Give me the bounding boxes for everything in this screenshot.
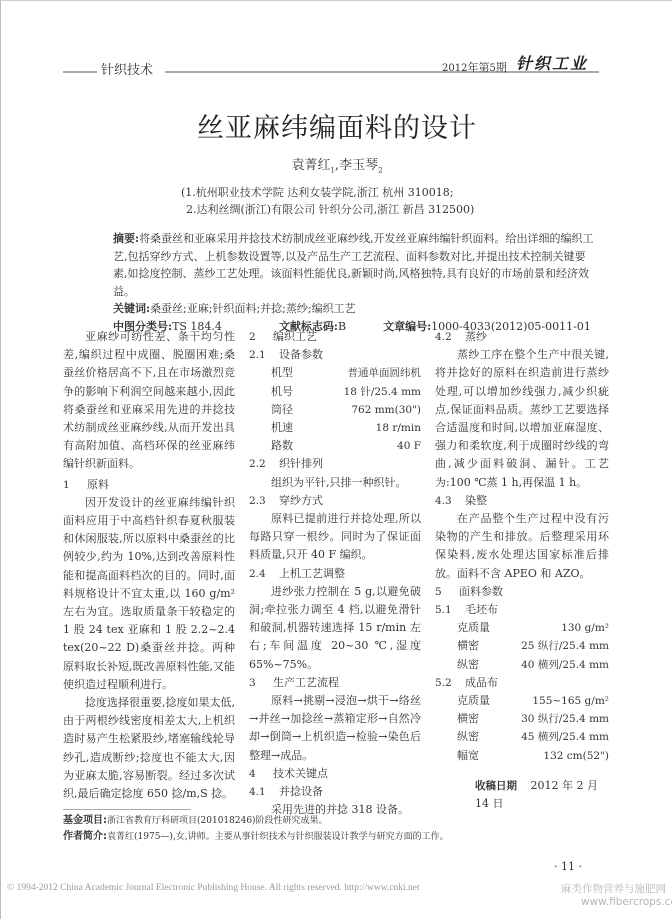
- param-row: 克质量155~165 g/m²: [435, 692, 609, 710]
- subsection-heading: 2.2织针排列: [249, 455, 421, 473]
- column-2: 2编织工艺 2.1设备参数 机型普通单面圆纬机 机号18 针/25.4 mm 筒…: [249, 328, 421, 819]
- abstract: 摘要:将桑蚕丝和亚麻采用并捻技术纺制成丝亚麻纱线,开发丝亚麻纬编针织面料。给出详…: [89, 230, 599, 300]
- author-name: 李玉琴: [339, 158, 378, 173]
- affiliation-2: 2.达利丝绸(浙江)有限公司 针织分公司,浙江 新昌 312500): [186, 201, 474, 218]
- issue-info: 2012年第5期: [442, 59, 507, 75]
- process-flow: 原料→挑剔→浸泡→烘干→络丝→并丝→加捻丝→蒸箱定形→自然冷却→倒筒→上机织造→…: [249, 692, 421, 765]
- subsection-heading: 4.1并捻设备: [249, 783, 421, 801]
- paragraph: 捻度选择很重要,捻度如果太低,由于两根纱线密度相差太大,上机织造时易产生松紧股纱…: [63, 694, 235, 803]
- paragraph: 组织为平针,只排一种织针。: [249, 474, 421, 492]
- column-3: 4.2蒸纱 蒸纱工序在整个生产中很关键,将并捻好的原料在织造前进行蒸纱处理,可以…: [435, 328, 609, 813]
- subsection-heading: 2.3穿纱方式: [249, 492, 421, 510]
- param-row: 横密25 纵行/25.4 mm: [435, 637, 609, 655]
- paragraph: 蒸纱工序在整个生产中很关键,将并捻好的原料在织造前进行蒸纱处理,可以增加纱线强力…: [435, 346, 609, 492]
- footnote-author: 作者简介:袁菁红(1975—),女,讲师。主要从事针织技术与针织服装设计教学与研…: [63, 829, 449, 845]
- param-row: 机速18 r/min: [249, 419, 421, 437]
- paragraph: 因开发设计的丝亚麻纬编针织面料应用于中高档针织春夏秋服装和休闲服装,所以原料中桑…: [63, 494, 235, 694]
- section-heading: 3生产工艺流程: [249, 674, 421, 692]
- section-heading: 4技术关键点: [249, 765, 421, 783]
- footnote-rule: [63, 809, 191, 810]
- param-row: 克质量130 g/m²: [435, 619, 609, 637]
- param-row: 路数40 F: [249, 437, 421, 455]
- abstract-block: 摘要:将桑蚕丝和亚麻采用并捻技术纺制成丝亚麻纱线,开发丝亚麻纬编针织面料。给出详…: [89, 230, 599, 335]
- paragraph: 进纱张力控制在 5 g,以避免破洞;牵拉张力调至 4 档,以避免滑针和破洞,机器…: [249, 583, 421, 674]
- param-row: 横密30 纵行/25.4 mm: [435, 710, 609, 728]
- param-row: 机型普通单面圆纬机: [249, 364, 421, 382]
- author-name: 袁菁红: [291, 158, 330, 173]
- paper-title: 丝亚麻纬编面料的设计: [1, 106, 672, 145]
- column-1: 亚麻纱可纺性差、条干均匀性差,编织过程中成圈、脱圈困难;桑蚕丝价格居高不下,且在…: [63, 328, 235, 803]
- header-rule-left: [63, 71, 97, 73]
- authors: 袁菁红1,李玉琴2: [1, 154, 672, 175]
- subsection-heading: 4.2蒸纱: [435, 328, 609, 346]
- subsection-heading: 5.2成品布: [435, 674, 609, 692]
- param-row: 纵密45 横列/25.4 mm: [435, 728, 609, 746]
- copyright-notice: © 1994-2012 China Academic Journal Elect…: [7, 883, 420, 893]
- subsection-heading: 5.1毛坯布: [435, 601, 609, 619]
- param-row: 机号18 针/25.4 mm: [249, 383, 421, 401]
- subsection-heading: 4.3染整: [435, 492, 609, 510]
- section-heading: 5面料参数: [435, 583, 609, 601]
- watermark-text: 麻类作物营养与施肥网: [561, 881, 666, 896]
- page-number: · 11 ·: [554, 860, 582, 873]
- subsection-heading: 2.4上机工艺调整: [249, 565, 421, 583]
- param-row: 幅宽132 cm(52"): [435, 747, 609, 765]
- journal-logo: 针织工业: [516, 51, 588, 74]
- section-label: 针织技术: [101, 59, 153, 78]
- param-row: 筒径762 mm(30"): [249, 401, 421, 419]
- affiliation-1: (1.杭州职业技术学院 达利女装学院,浙江 杭州 310018;: [181, 184, 453, 201]
- watermark-url: www.fibercrops.com: [581, 896, 672, 908]
- paragraph: 原料已提前进行并捻处理,所以每路只穿一根纱。同时为了保证面料质量,只开 40 F…: [249, 510, 421, 565]
- subsection-heading: 2.1设备参数: [249, 346, 421, 364]
- footnote-fund: 基金项目:浙江省教育厅科研项目(201018246)阶段性研究成果。: [63, 813, 328, 829]
- keywords: 关键词:桑蚕丝;亚麻;针织面料;并捻;蒸纱;编织工艺: [89, 300, 599, 318]
- section-heading: 1原料: [63, 476, 235, 494]
- section-heading: 2编织工艺: [249, 328, 421, 346]
- intro-paragraph: 亚麻纱可纺性差、条干均匀性差,编织过程中成圈、脱圈困难;桑蚕丝价格居高不下,且在…: [63, 328, 235, 474]
- param-row: 纵密40 横列/25.4 mm: [435, 656, 609, 674]
- received-date: 收稿日期 2012 年 2 月 14 日: [435, 777, 609, 813]
- paragraph: 在产品整个生产过程中没有污染物的产生和排放。后整理采用环保染料,废水处理达国家标…: [435, 510, 609, 583]
